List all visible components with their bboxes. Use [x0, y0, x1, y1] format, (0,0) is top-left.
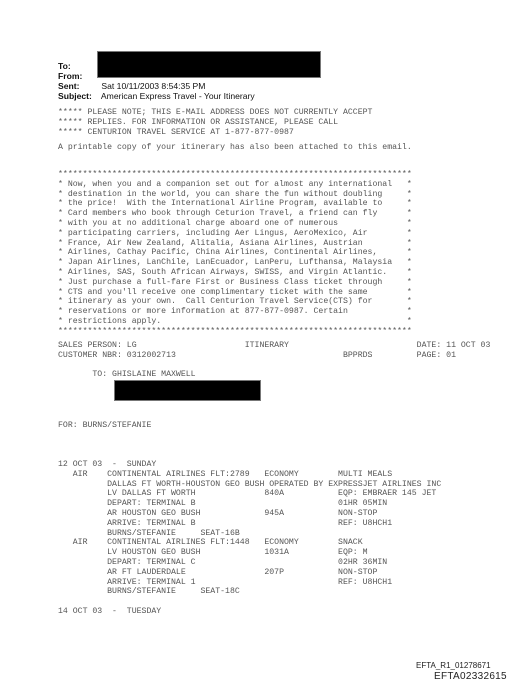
email-subject-row: Subject: American Express Travel - Your … — [58, 91, 255, 101]
redaction-box-address — [114, 380, 261, 401]
redaction-box-header — [97, 51, 321, 78]
promo-box: ****************************************… — [58, 170, 412, 337]
promo-line: * Just purchase a full-fare First or Bus… — [58, 278, 412, 287]
promo-line: ****************************************… — [58, 327, 412, 336]
recipient-text: TO: GHISLAINE MAXWELL — [58, 370, 196, 379]
to-label: To: — [58, 61, 99, 71]
promo-line: * Card members who book through Ceturion… — [58, 209, 412, 218]
promo-line: * France, Air New Zealand, Alitalia, Asi… — [58, 239, 412, 248]
email-from-row: From: — [58, 71, 99, 81]
itinerary-line: DEPART: TERMINAL C 02HR 36MIN — [58, 558, 387, 567]
email-to-row: To: — [58, 61, 99, 71]
promo-line: * reservations or more information at 87… — [58, 307, 412, 316]
promo-line: * itinerary as your own. Call Centurion … — [58, 297, 412, 306]
printable-note-text: A printable copy of your itinerary has a… — [58, 143, 412, 152]
itinerary-header: SALES PERSON: LG ITINERARY DATE: 11 OCT … — [58, 341, 490, 361]
itinerary-header-line: CUSTOMER NBR: 0312002713 BPPRDS PAGE: 01 — [58, 351, 456, 360]
itinerary-line: LV DALLAS FT WORTH 840A EQP: EMBRAER 145… — [58, 489, 436, 498]
passenger-text: FOR: BURNS/STEFANIE — [58, 421, 151, 430]
itinerary-body: 12 OCT 03 - SUNDAY AIR CONTINENTAL AIRLI… — [58, 460, 441, 617]
itinerary-line: BURNS/STEFANIE SEAT-16B — [58, 529, 240, 538]
promo-line: * Now, when you and a companion set out … — [58, 180, 412, 189]
itinerary-line: AR HOUSTON GEO BUSH 945A NON-STOP — [58, 509, 377, 518]
itinerary-line: DALLAS FT WORTH-HOUSTON GEO BUSH OPERATE… — [58, 480, 441, 489]
itinerary-line: DEPART: TERMINAL B 01HR 05MIN — [58, 499, 387, 508]
itinerary-line: AIR CONTINENTAL AIRLINES FLT:1448 ECONOM… — [58, 538, 363, 547]
itinerary-line: 14 OCT 03 - TUESDAY — [58, 607, 161, 616]
bates-stamp-large: EFTA02332615 — [434, 671, 507, 682]
sent-value: Sat 10/11/2003 8:54:35 PM — [101, 81, 205, 91]
bates-stamp-small: EFTA_R1_01278671 — [416, 661, 491, 670]
sent-label: Sent: — [58, 81, 99, 91]
itinerary-line: 12 OCT 03 - SUNDAY — [58, 460, 156, 469]
promo-line: * Japan Airlines, LanChile, LanEcuador, … — [58, 258, 412, 267]
itinerary-line: BURNS/STEFANIE SEAT-18C — [58, 587, 240, 596]
itinerary-line: ARRIVE: TERMINAL 1 REF: U8HCH1 — [58, 578, 392, 587]
promo-line: * destination in the world, you can shar… — [58, 190, 412, 199]
promo-line: * participating carriers, including Aer … — [58, 229, 412, 238]
subject-value: American Express Travel - Your Itinerary — [101, 91, 255, 101]
promo-line: * CTS and you'll receive one complimenta… — [58, 288, 412, 297]
from-label: From: — [58, 71, 99, 81]
promo-line: ****************************************… — [58, 170, 412, 179]
passenger-line: FOR: BURNS/STEFANIE — [58, 421, 151, 431]
notice-block: ***** PLEASE NOTE; THIS E-MAIL ADDRESS D… — [58, 108, 372, 137]
itinerary-line: AIR CONTINENTAL AIRLINES FLT:2789 ECONOM… — [58, 470, 392, 479]
itinerary-line: LV HOUSTON GEO BUSH 1031A EQP: M — [58, 548, 368, 557]
notice-line: ***** CENTURION TRAVEL SERVICE AT 1-877-… — [58, 128, 294, 137]
recipient-line: TO: GHISLAINE MAXWELL — [58, 370, 196, 380]
promo-line: * with you at no additional charge aboar… — [58, 219, 412, 228]
notice-line: ***** PLEASE NOTE; THIS E-MAIL ADDRESS D… — [58, 108, 372, 117]
promo-line: * restrictions apply. * — [58, 317, 412, 326]
email-sent-row: Sent: Sat 10/11/2003 8:54:35 PM — [58, 81, 205, 91]
promo-line: * the price! With the International Airl… — [58, 199, 412, 208]
promo-line: * Airlines, Cathay Pacific, China Airlin… — [58, 248, 412, 257]
subject-label: Subject: — [58, 91, 99, 101]
printable-note: A printable copy of your itinerary has a… — [58, 143, 412, 153]
itinerary-line: ARRIVE: TERMINAL B REF: U8HCH1 — [58, 519, 392, 528]
promo-line: * Airlines, SAS, South African Airways, … — [58, 268, 412, 277]
notice-line: ***** REPLIES. FOR INFORMATION OR ASSIST… — [58, 118, 338, 127]
itinerary-header-line: SALES PERSON: LG ITINERARY DATE: 11 OCT … — [58, 341, 490, 350]
itinerary-line: AR FT LAUDERDALE 207P NON-STOP — [58, 568, 377, 577]
